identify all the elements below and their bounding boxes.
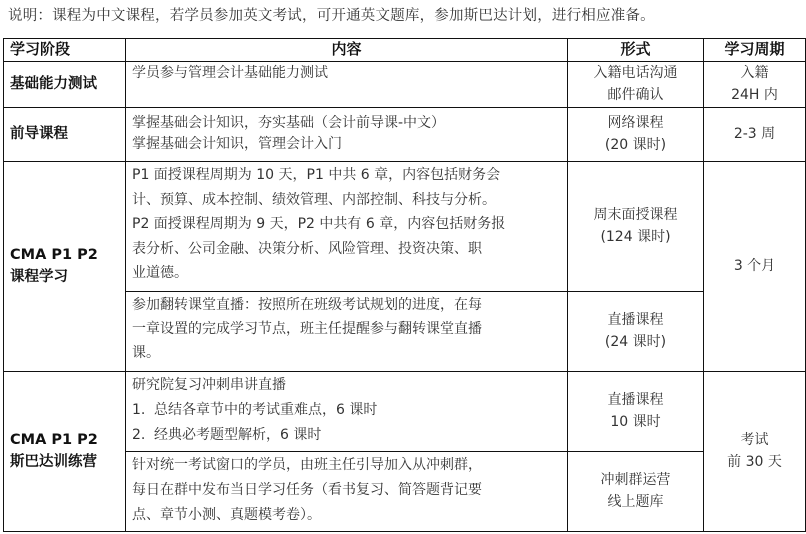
content-line: 掌握基础会计知识，夯实基础（会计前导课-中文） xyxy=(132,113,561,135)
stage-label: CMA P1 P2 xyxy=(10,430,119,452)
table-row-basic-test: 基础能力测试 学员参与管理会计基础能力测试 入籍电话沟通 邮件确认 入籍 24H… xyxy=(4,62,806,108)
table-row-sparta-live: CMA P1 P2 斯巴达训练营 研究院复习冲刺串讲直播 1.总结各章节中的考试… xyxy=(4,372,806,452)
content-line: 课。 xyxy=(132,341,561,365)
content-list-item: 1.总结各章节中的考试重难点，6 课时 xyxy=(132,398,561,423)
content-cell: 学员参与管理会计基础能力测试 xyxy=(126,62,568,108)
stage-label: 基础能力测试 xyxy=(10,74,119,96)
note-text: 说明：课程为中文课程，若学员参加英文考试，可开通英文题库，参加斯巴达计划，进行相… xyxy=(8,4,655,25)
content-title: 研究院复习冲刺串讲直播 xyxy=(132,373,561,398)
stage-label: 课程学习 xyxy=(10,267,119,289)
form-line: 直播课程 xyxy=(574,390,697,412)
content-cell: 参加翻转课堂直播：按照所在班级考试规划的进度，在每 一章设置的完成学习节点，班主… xyxy=(126,292,568,372)
content-line: 每日在群中发布当日学习任务（看书复习、简答题背记要 xyxy=(132,478,561,503)
form-line: 网络课程 xyxy=(574,113,697,135)
content-line: 学员参与管理会计基础能力测试 xyxy=(132,63,561,85)
form-line: (20 课时) xyxy=(574,135,697,157)
form-line: (124 课时) xyxy=(574,227,697,249)
form-line: 周末面授课程 xyxy=(574,205,697,227)
stage-cell: 前导课程 xyxy=(4,108,126,162)
stage-cell: CMA P1 P2 斯巴达训练营 xyxy=(4,372,126,532)
form-cell: 直播课程 10 课时 xyxy=(568,372,704,452)
stage-label: CMA P1 P2 xyxy=(10,245,119,267)
form-cell: 网络课程 (20 课时) xyxy=(568,108,704,162)
period-cell: 2-3 周 xyxy=(704,108,806,162)
content-line: 一章设置的完成学习节点，班主任提醒参与翻转课堂直播 xyxy=(132,317,561,341)
stage-cell: CMA P1 P2 课程学习 xyxy=(4,162,126,372)
content-line: 业道德。 xyxy=(132,261,561,286)
form-line: (24 课时) xyxy=(574,332,697,354)
content-line: 计、预算、成本控制、绩效管理、内部控制、科技与分析。 xyxy=(132,188,561,213)
form-line: 冲刺群运营 xyxy=(574,470,697,492)
table-row-prerequisite: 前导课程 掌握基础会计知识，夯实基础（会计前导课-中文） 掌握基础会计知识，管理… xyxy=(4,108,806,162)
period-cell: 考试 前 30 天 xyxy=(704,372,806,532)
content-line: P1 面授课程周期为 10 天，P1 中共 6 章，内容包括财务会 xyxy=(132,163,561,188)
table-header-row: 学习阶段 内容 形式 学习周期 xyxy=(4,39,806,62)
form-line: 直播课程 xyxy=(574,310,697,332)
content-cell: 掌握基础会计知识，夯实基础（会计前导课-中文） 掌握基础会计知识，管理会计入门 xyxy=(126,108,568,162)
list-text: 经典必考题型解析，6 课时 xyxy=(154,427,321,443)
period-line: 入籍 xyxy=(710,63,799,85)
list-number: 2. xyxy=(132,423,154,448)
content-cell: P1 面授课程周期为 10 天，P1 中共 6 章，内容包括财务会 计、预算、成… xyxy=(126,162,568,292)
period-cell: 3 个月 xyxy=(704,162,806,372)
form-cell: 周末面授课程 (124 课时) xyxy=(568,162,704,292)
period-cell: 入籍 24H 内 xyxy=(704,62,806,108)
period-line: 考试 xyxy=(710,430,799,452)
stage-label: 斯巴达训练营 xyxy=(10,452,119,474)
form-line: 邮件确认 xyxy=(574,85,697,107)
stage-cell: 基础能力测试 xyxy=(4,62,126,108)
content-cell: 研究院复习冲刺串讲直播 1.总结各章节中的考试重难点，6 课时 2.经典必考题型… xyxy=(126,372,568,452)
content-line: 针对统一考试窗口的学员，由班主任引导加入从冲刺群， xyxy=(132,453,561,478)
content-list-item: 2.经典必考题型解析，6 课时 xyxy=(132,423,561,448)
header-content: 内容 xyxy=(126,39,568,62)
period-line: 前 30 天 xyxy=(710,452,799,474)
period-line: 3 个月 xyxy=(710,256,799,278)
list-number: 1. xyxy=(132,398,154,423)
content-line: P2 面授课程周期为 9 天，P2 中共有 6 章，内容包括财务报 xyxy=(132,212,561,237)
list-text: 总结各章节中的考试重难点，6 课时 xyxy=(154,402,377,418)
period-line: 2-3 周 xyxy=(710,124,799,146)
content-line: 点、章节小测、真题模考卷）。 xyxy=(132,503,561,528)
table-row-course-study-face: CMA P1 P2 课程学习 P1 面授课程周期为 10 天，P1 中共 6 章… xyxy=(4,162,806,292)
header-form: 形式 xyxy=(568,39,704,62)
header-period: 学习周期 xyxy=(704,39,806,62)
content-cell: 针对统一考试窗口的学员，由班主任引导加入从冲刺群， 每日在群中发布当日学习任务（… xyxy=(126,452,568,532)
stage-label: 前导课程 xyxy=(10,124,119,146)
study-plan-table: 学习阶段 内容 形式 学习周期 基础能力测试 学员参与管理会计基础能力测试 入籍… xyxy=(3,38,806,532)
form-line: 10 课时 xyxy=(574,412,697,434)
period-line: 24H 内 xyxy=(710,85,799,107)
form-line: 线上题库 xyxy=(574,492,697,514)
form-cell: 入籍电话沟通 邮件确认 xyxy=(568,62,704,108)
form-line: 入籍电话沟通 xyxy=(574,63,697,85)
form-cell: 直播课程 (24 课时) xyxy=(568,292,704,372)
form-cell: 冲刺群运营 线上题库 xyxy=(568,452,704,532)
header-stage: 学习阶段 xyxy=(4,39,126,62)
content-line: 掌握基础会计知识，管理会计入门 xyxy=(132,134,561,156)
content-line: 参加翻转课堂直播：按照所在班级考试规划的进度，在每 xyxy=(132,293,561,317)
content-line: 表分析、公司金融、决策分析、风险管理、投资决策、职 xyxy=(132,237,561,262)
